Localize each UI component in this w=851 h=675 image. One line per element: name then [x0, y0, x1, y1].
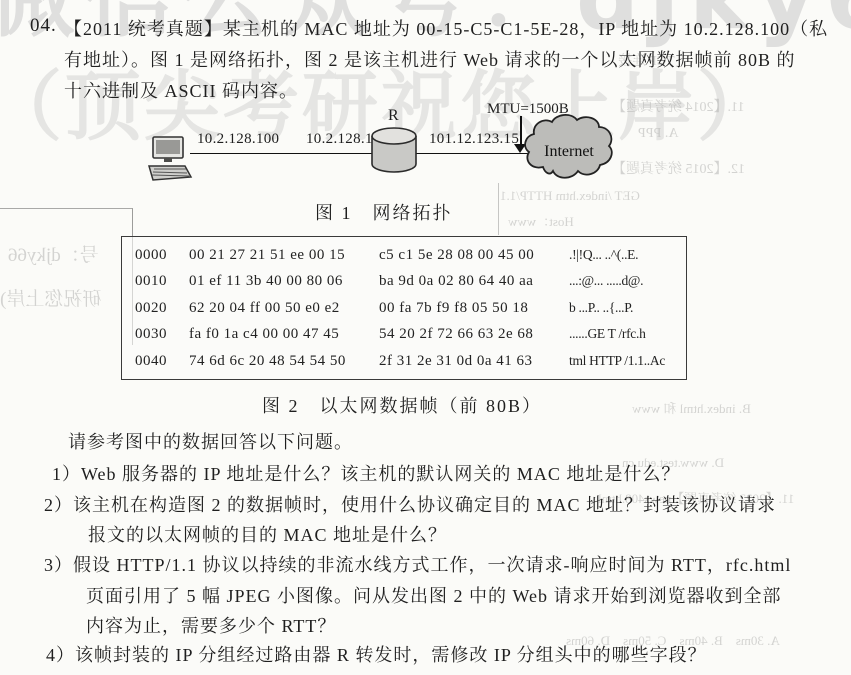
hex-row: 0030 fa f0 1a c4 00 00 47 45 54 20 2f 72… [122, 326, 686, 343]
hex-cell: 00 fa 7b f9 f8 05 50 18 [379, 300, 569, 317]
network-link-line [190, 153, 540, 154]
hex-cell: 01 ef 11 3b 40 00 80 06 [189, 273, 379, 290]
figure2-caption: 图 2 以太网数据帧（前 80B） [262, 392, 542, 418]
host-ip-label: 10.2.128.100 [197, 131, 279, 148]
offset-cell: 0040 [135, 353, 189, 370]
link-ip-label: 101.12.123.15 [429, 131, 519, 148]
hex-row: 0020 62 20 04 ff 00 50 e0 e2 00 fa 7b f9… [122, 300, 686, 317]
ascii-cell: .!|!Q... ..^(..E. [569, 247, 686, 264]
questions-lead: 请参考图中的数据回答以下问题。 [68, 428, 353, 454]
ascii-cell: ...:@... .....d@. [569, 273, 686, 290]
question-3-line-2: 页面引用了 5 幅 JPEG 小图像。问从发出图 2 中的 Web 请求开始到浏… [86, 582, 782, 608]
scanned-exam-page: { "watermark": { "top": "微信公众号：djky66", … [0, 0, 851, 675]
offset-cell: 0010 [135, 273, 189, 290]
gateway-ip-label: 10.2.128.1 [306, 131, 373, 148]
router-label: R [388, 107, 399, 125]
internet-cloud-icon: Internet [521, 113, 617, 192]
router-cylinder-icon [369, 125, 419, 180]
question-2-line-2: 报文的以太网帧的目的 MAC 地址是什么？ [88, 521, 447, 547]
bleed-text: B. index.html 和 www [632, 398, 751, 417]
item-number: 04. [30, 15, 57, 37]
hex-row: 0040 74 6d 6c 20 48 54 54 50 2f 31 2e 31… [122, 353, 686, 370]
hex-cell: 00 21 27 21 51 ee 00 15 [189, 247, 379, 264]
ascii-cell: b ...P.. ..{...P. [569, 300, 686, 317]
hex-cell: 2f 31 2e 31 0d 0a 41 63 [379, 353, 569, 370]
question-3-line-1: 3）假设 HTTP/1.1 协议以持续的非流水线方式工作，一次请求-响应时间为 … [44, 551, 791, 577]
hex-cell: ba 9d 0a 02 80 64 40 aa [379, 273, 569, 290]
offset-cell: 0030 [135, 326, 189, 343]
offset-cell: 0020 [135, 300, 189, 317]
hex-cell: 54 20 2f 72 66 63 2e 68 [379, 326, 569, 343]
offset-cell: 0000 [135, 247, 189, 264]
question-4: 4）该帧封装的 IP 分组经过路由器 R 转发时，需修改 IP 分组头中的哪些字… [46, 641, 707, 667]
hex-cell: 74 6d 6c 20 48 54 54 50 [189, 353, 379, 370]
question-2-line-1: 2）该主机在构造图 2 的数据帧时，使用什么协议确定目的 MAC 地址？封装该协… [44, 491, 776, 517]
question-1: 1）Web 服务器的 IP 地址是什么？该主机的默认网关的 MAC 地址是什么？ [52, 460, 680, 486]
hex-cell: fa f0 1a c4 00 00 47 45 [189, 326, 379, 343]
intro-line-1: 【2011 统考真题】某主机的 MAC 地址为 00-15-C5-C1-5E-2… [64, 15, 828, 41]
hex-cell: 62 20 04 ff 00 50 e0 e2 [189, 300, 379, 317]
ascii-cell: tml HTTP /1.1..Ac [569, 353, 686, 370]
hex-cell: c5 c1 5e 28 08 00 45 00 [379, 247, 569, 264]
intro-line-2: 有地址）。图 1 是网络拓扑，图 2 是该主机进行 Web 请求的一个以太网数据… [64, 46, 796, 72]
hex-row: 0010 01 ef 11 3b 40 00 80 06 ba 9d 0a 02… [122, 273, 686, 290]
ascii-cell: ......GE T /rfc.h [569, 326, 686, 343]
hex-row: 0000 00 21 27 21 51 ee 00 15 c5 c1 5e 28… [122, 247, 686, 264]
hex-dump-table: 0000 00 21 27 21 51 ee 00 15 c5 c1 5e 28… [121, 236, 687, 380]
host-computer-icon [146, 135, 194, 192]
internet-label: Internet [544, 143, 594, 160]
bleed-box-left [0, 208, 133, 345]
bleed-text: 号：djky66 [8, 240, 99, 267]
bleed-text: 研祝您上岸) [0, 284, 101, 311]
figure1-caption: 图 1 网络拓扑 [315, 199, 453, 225]
question-3-line-3: 内容为止，需要多少个 RTT？ [86, 612, 336, 638]
